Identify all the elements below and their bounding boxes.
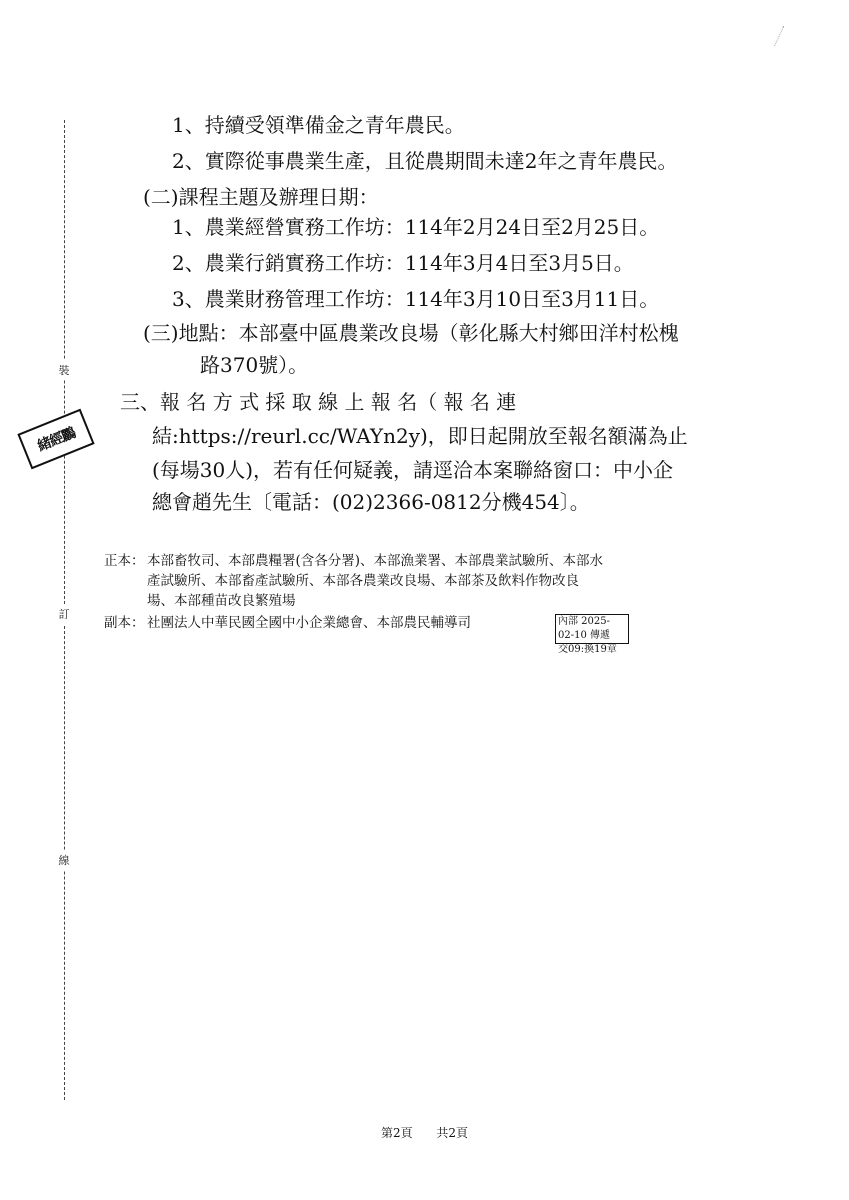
primary-recipients-line-3: 場、本部種苗改良繁殖場 (147, 592, 296, 610)
course-item-3: 3、農業財務管理工作坊：114年3月10日至3月11日。 (172, 286, 659, 312)
binding-label-zhuang: 裝 (56, 360, 72, 380)
course-item-1: 1、農業經營實務工作坊：114年2月24日至2月25日。 (172, 214, 659, 240)
copy-recipients-label: 副本： (104, 614, 145, 632)
page-footer: 第2頁 共2頁 (0, 1124, 849, 1141)
section-heading-course-topics: (二)課程主題及辦理日期： (143, 184, 379, 210)
registration-line-3: (每場30人)，若有任何疑義，請逕洽本案聯絡窗口：中小企 (152, 457, 673, 483)
margin-mark (774, 26, 797, 52)
page-total: 共2頁 (436, 1126, 468, 1140)
page-current: 第2頁 (381, 1126, 413, 1140)
registration-line-2: 結:https://reurl.cc/WAYn2y)，即日起開放至報名額滿為止 (152, 423, 688, 449)
copy-recipients-line: 社團法人中華民國全國中小企業總會、本部農民輔導司 (147, 614, 471, 632)
registration-line-4: 總會趙先生〔電話：(02)2366-0812分機454〕。 (152, 489, 590, 515)
transmission-stamp-line-1: 內部 2025-02-10 傳遞 (558, 615, 626, 643)
registration-line-1: 三、報 名 方 式 採 取 線 上 報 名（ 報 名 連 (120, 389, 516, 415)
location-line-2: 路370號）。 (200, 352, 308, 378)
primary-recipients-line-1: 本部畜牧司、本部農糧署(含各分署)、本部漁業署、本部農業試驗所、本部水 (147, 552, 603, 570)
course-item-2: 2、農業行銷實務工作坊：114年3月4日至3月5日。 (172, 250, 634, 276)
transmission-stamp-line-2: 交09:換19章 (558, 643, 626, 657)
primary-recipients-line-2: 產試驗所、本部畜產試驗所、本部各農業改良場、本部茶及飲料作物改良 (147, 572, 579, 590)
binding-label-ding: 訂 (56, 604, 72, 624)
binding-label-xian: 線 (56, 850, 72, 870)
transmission-stamp: 內部 2025-02-10 傳遞 交09:換19章 (555, 614, 629, 644)
eligibility-item-1: 1、持續受領準備金之青年農民。 (172, 112, 465, 138)
received-stamp: 緒經鸝 (17, 409, 94, 470)
primary-recipients-label: 正本： (104, 552, 145, 570)
location-line-1: (三)地點：本部臺中區農業改良場（彰化縣大村鄉田洋村松槐 (143, 320, 679, 346)
eligibility-item-2: 2、實際從事農業生產，且從農期間未達2年之青年農民。 (172, 148, 677, 174)
